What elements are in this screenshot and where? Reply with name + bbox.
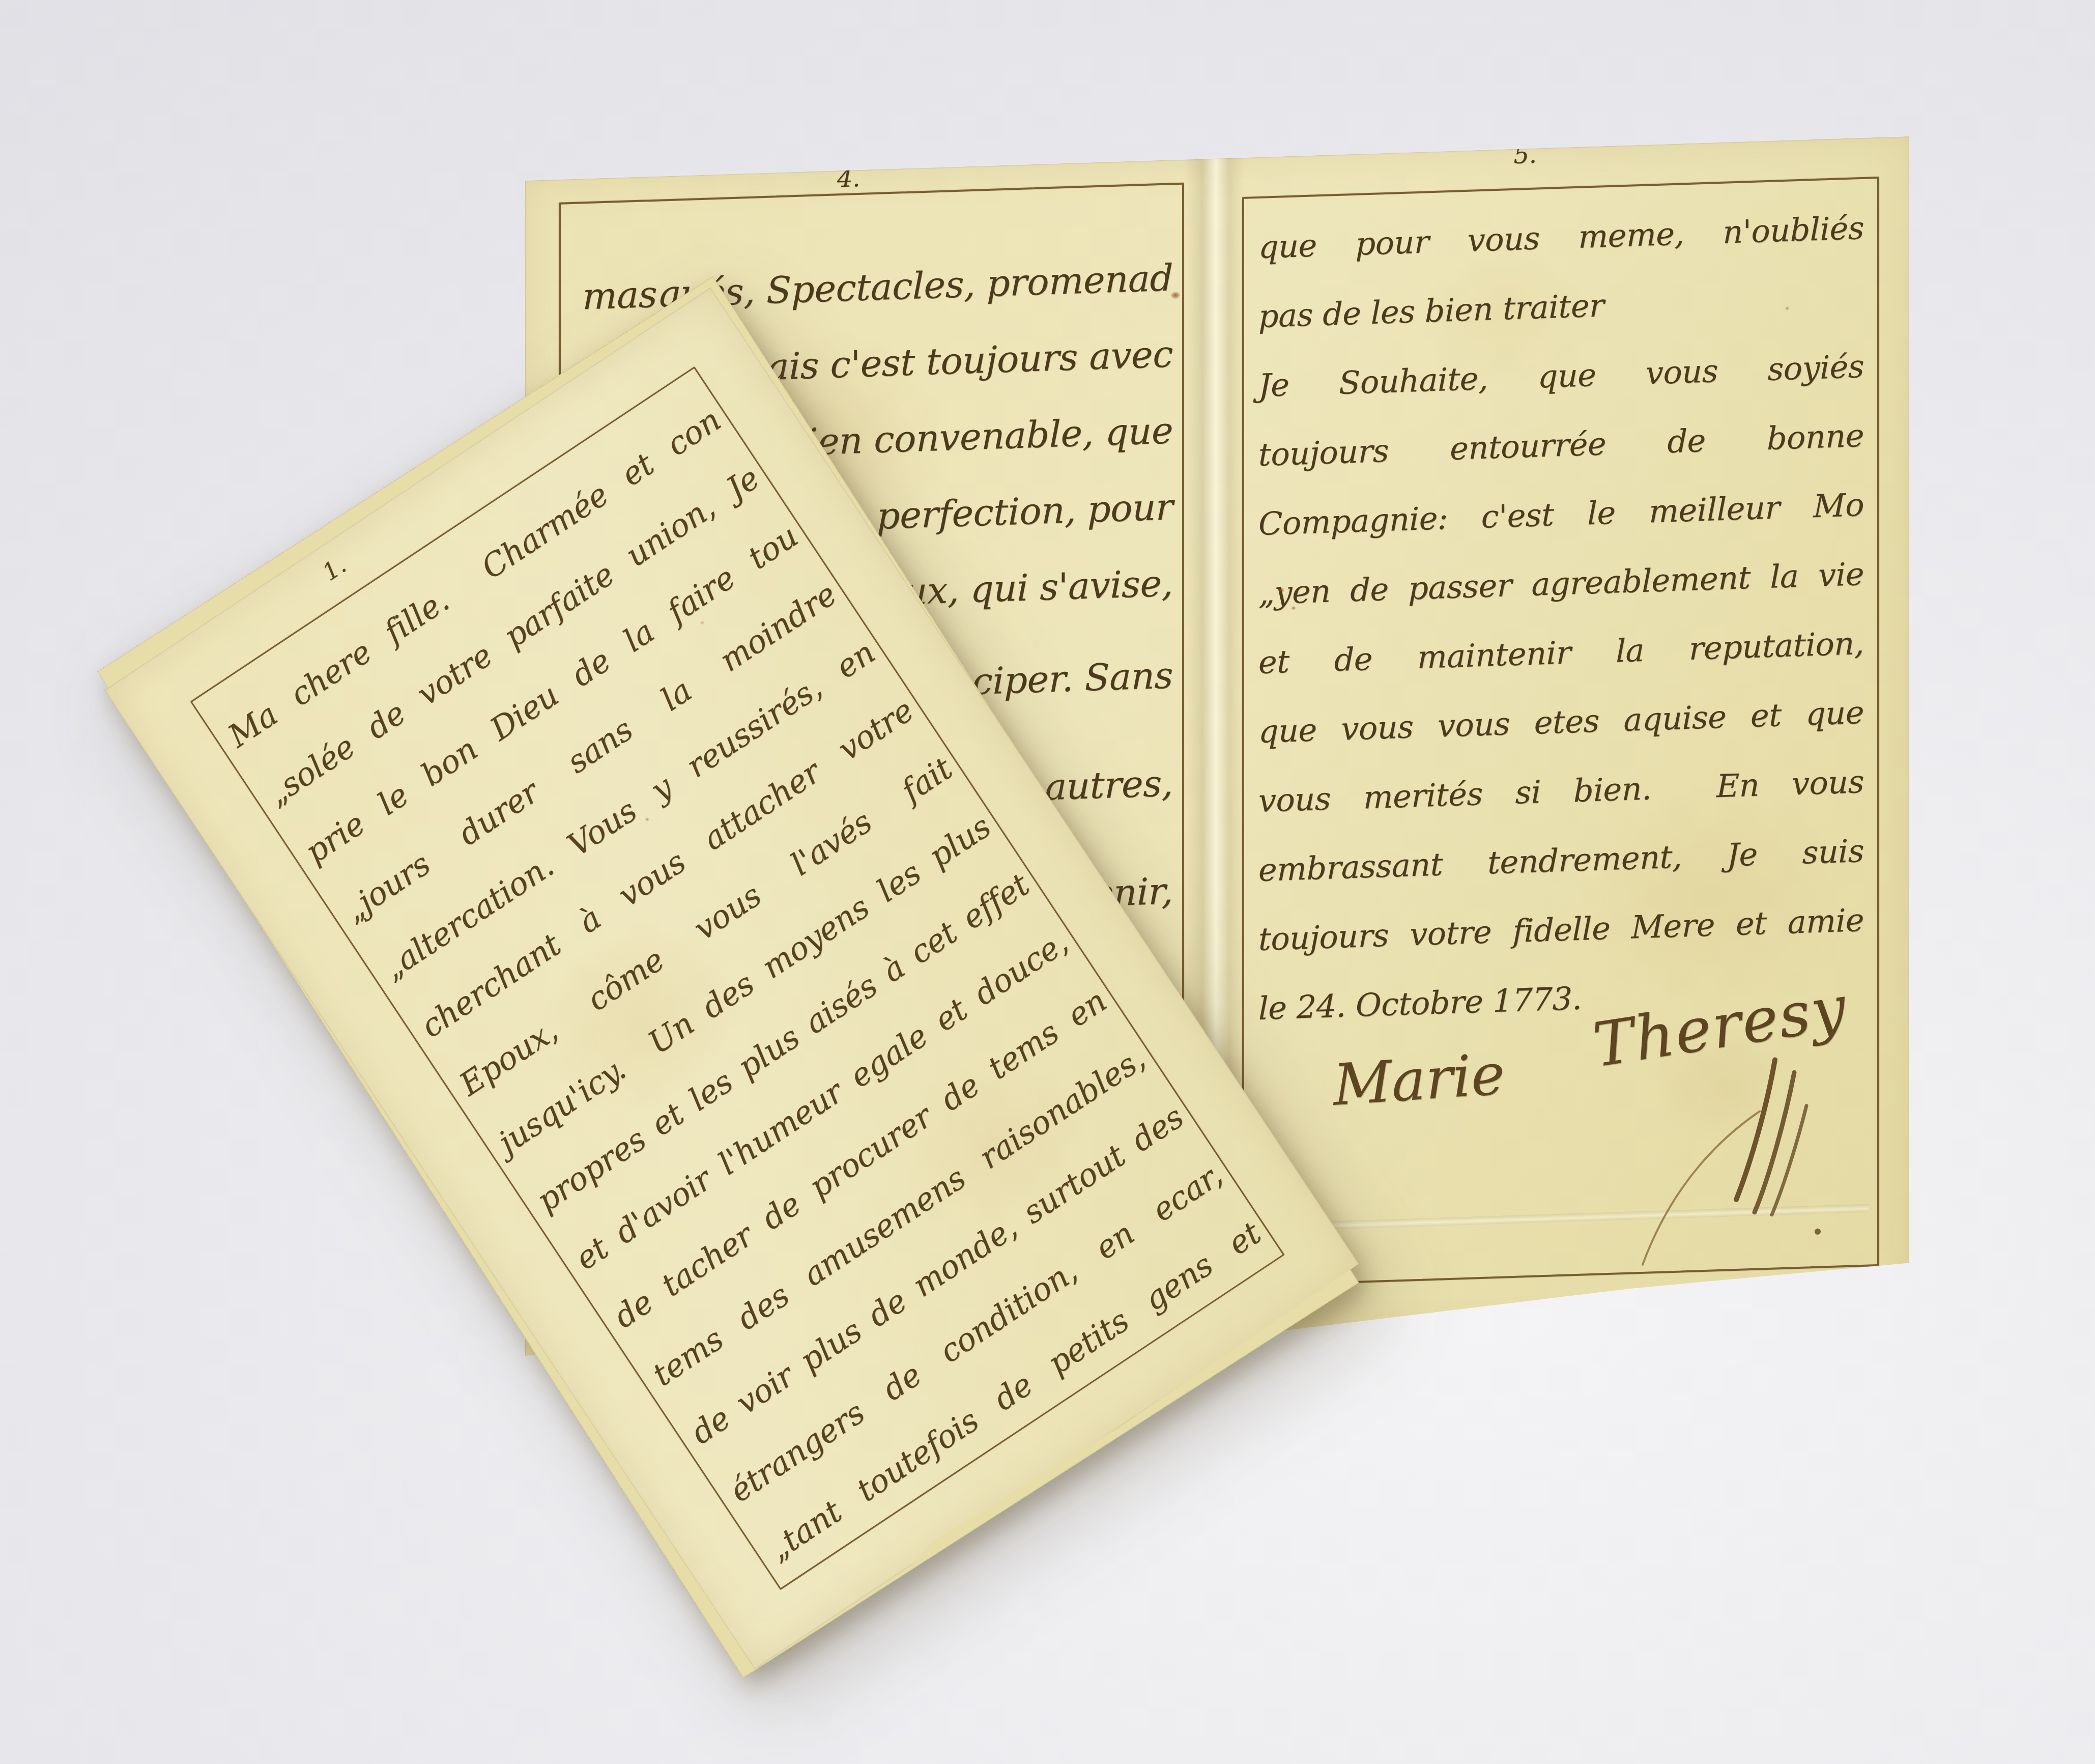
page1-number: 1. [165,450,503,688]
page4-line: des autres, [562,729,1173,856]
center-fold-crease [1185,158,1245,1343]
page4-line: nciper. Sans [562,621,1173,748]
page5-lines: que pour vous meme, n'oubliés pas de les… [1258,193,1864,1043]
page5-number: 5. [1242,129,1879,178]
signature-flourish [1623,1029,1832,1290]
page4-line: venir, [562,837,1173,964]
letter-bifolium-pages-4-5: 4. masqués, Spectacles, promenad ais c'e… [525,136,1909,1364]
page4-lines: masqués, Spectacles, promenad ais c'est … [562,239,1180,1072]
photo-backdrop: 4. masqués, Spectacles, promenad ais c'e… [0,0,2095,1764]
signature-marie: Marie [1332,1041,1506,1119]
page4-line: hienrys. [562,945,1173,1072]
